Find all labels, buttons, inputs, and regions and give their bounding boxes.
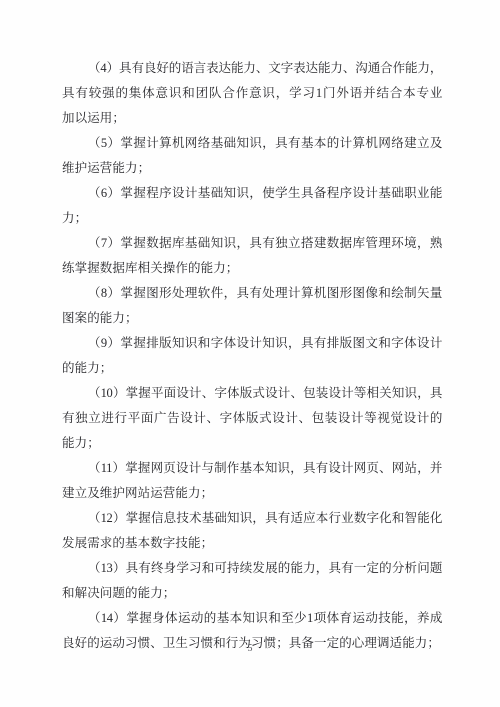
text-line: （14）掌握身体运动的基本知识和至少1项体育运动技能，养成 [62, 606, 442, 631]
text-line: （6）掌握程序设计基础知识，使学生具备程序设计基础职业能 [62, 181, 442, 206]
text-line: 建立及维护网站运营能力； [62, 481, 442, 506]
text-line: 有独立进行平面广告设计、字体版式设计、包装设计等视觉设计的 [62, 406, 442, 431]
text-line: （8）掌握图形处理软件，具有处理计算机图形图像和绘制矢量 [62, 281, 442, 306]
text-line: （13）具有终身学习和可持续发展的能力，具有一定的分析问题 [62, 556, 442, 581]
text-line: （10）掌握平面设计、字体版式设计、包装设计等相关知识，具 [62, 381, 442, 406]
document-body: （4）具有良好的语言表达能力、文字表达能力、沟通合作能力，具有较强的集体意识和团… [62, 56, 442, 656]
text-line: 加以运用； [62, 106, 442, 131]
text-line: 练掌握数据库相关操作的能力； [62, 256, 442, 281]
text-line: 能力； [62, 431, 442, 456]
text-line: （9）掌握排版知识和字体设计知识，具有排版图文和字体设计 [62, 331, 442, 356]
text-line: （12）掌握信息技术基础知识，具有适应本行业数字化和智能化 [62, 506, 442, 531]
document-page: （4）具有良好的语言表达能力、文字表达能力、沟通合作能力，具有较强的集体意识和团… [0, 0, 500, 707]
text-line: 力； [62, 206, 442, 231]
text-line: 具有较强的集体意识和团队合作意识，学习1门外语并结合本专业 [62, 81, 442, 106]
text-line: 和解决问题的能力； [62, 581, 442, 606]
text-line: （5）掌握计算机网络基础知识，具有基本的计算机网络建立及 [62, 131, 442, 156]
text-line: 图案的能力； [62, 306, 442, 331]
text-line: 发展需求的基本数字技能； [62, 531, 442, 556]
text-line: （4）具有良好的语言表达能力、文字表达能力、沟通合作能力， [62, 56, 442, 81]
text-line: （7）掌握数据库基础知识，具有独立搭建数据库管理环境，熟 [62, 231, 442, 256]
page-number: 5 [0, 643, 500, 655]
text-line: 维护运营能力； [62, 156, 442, 181]
text-line: 的能力； [62, 356, 442, 381]
text-line: （11）掌握网页设计与制作基本知识，具有设计网页、网站，并 [62, 456, 442, 481]
